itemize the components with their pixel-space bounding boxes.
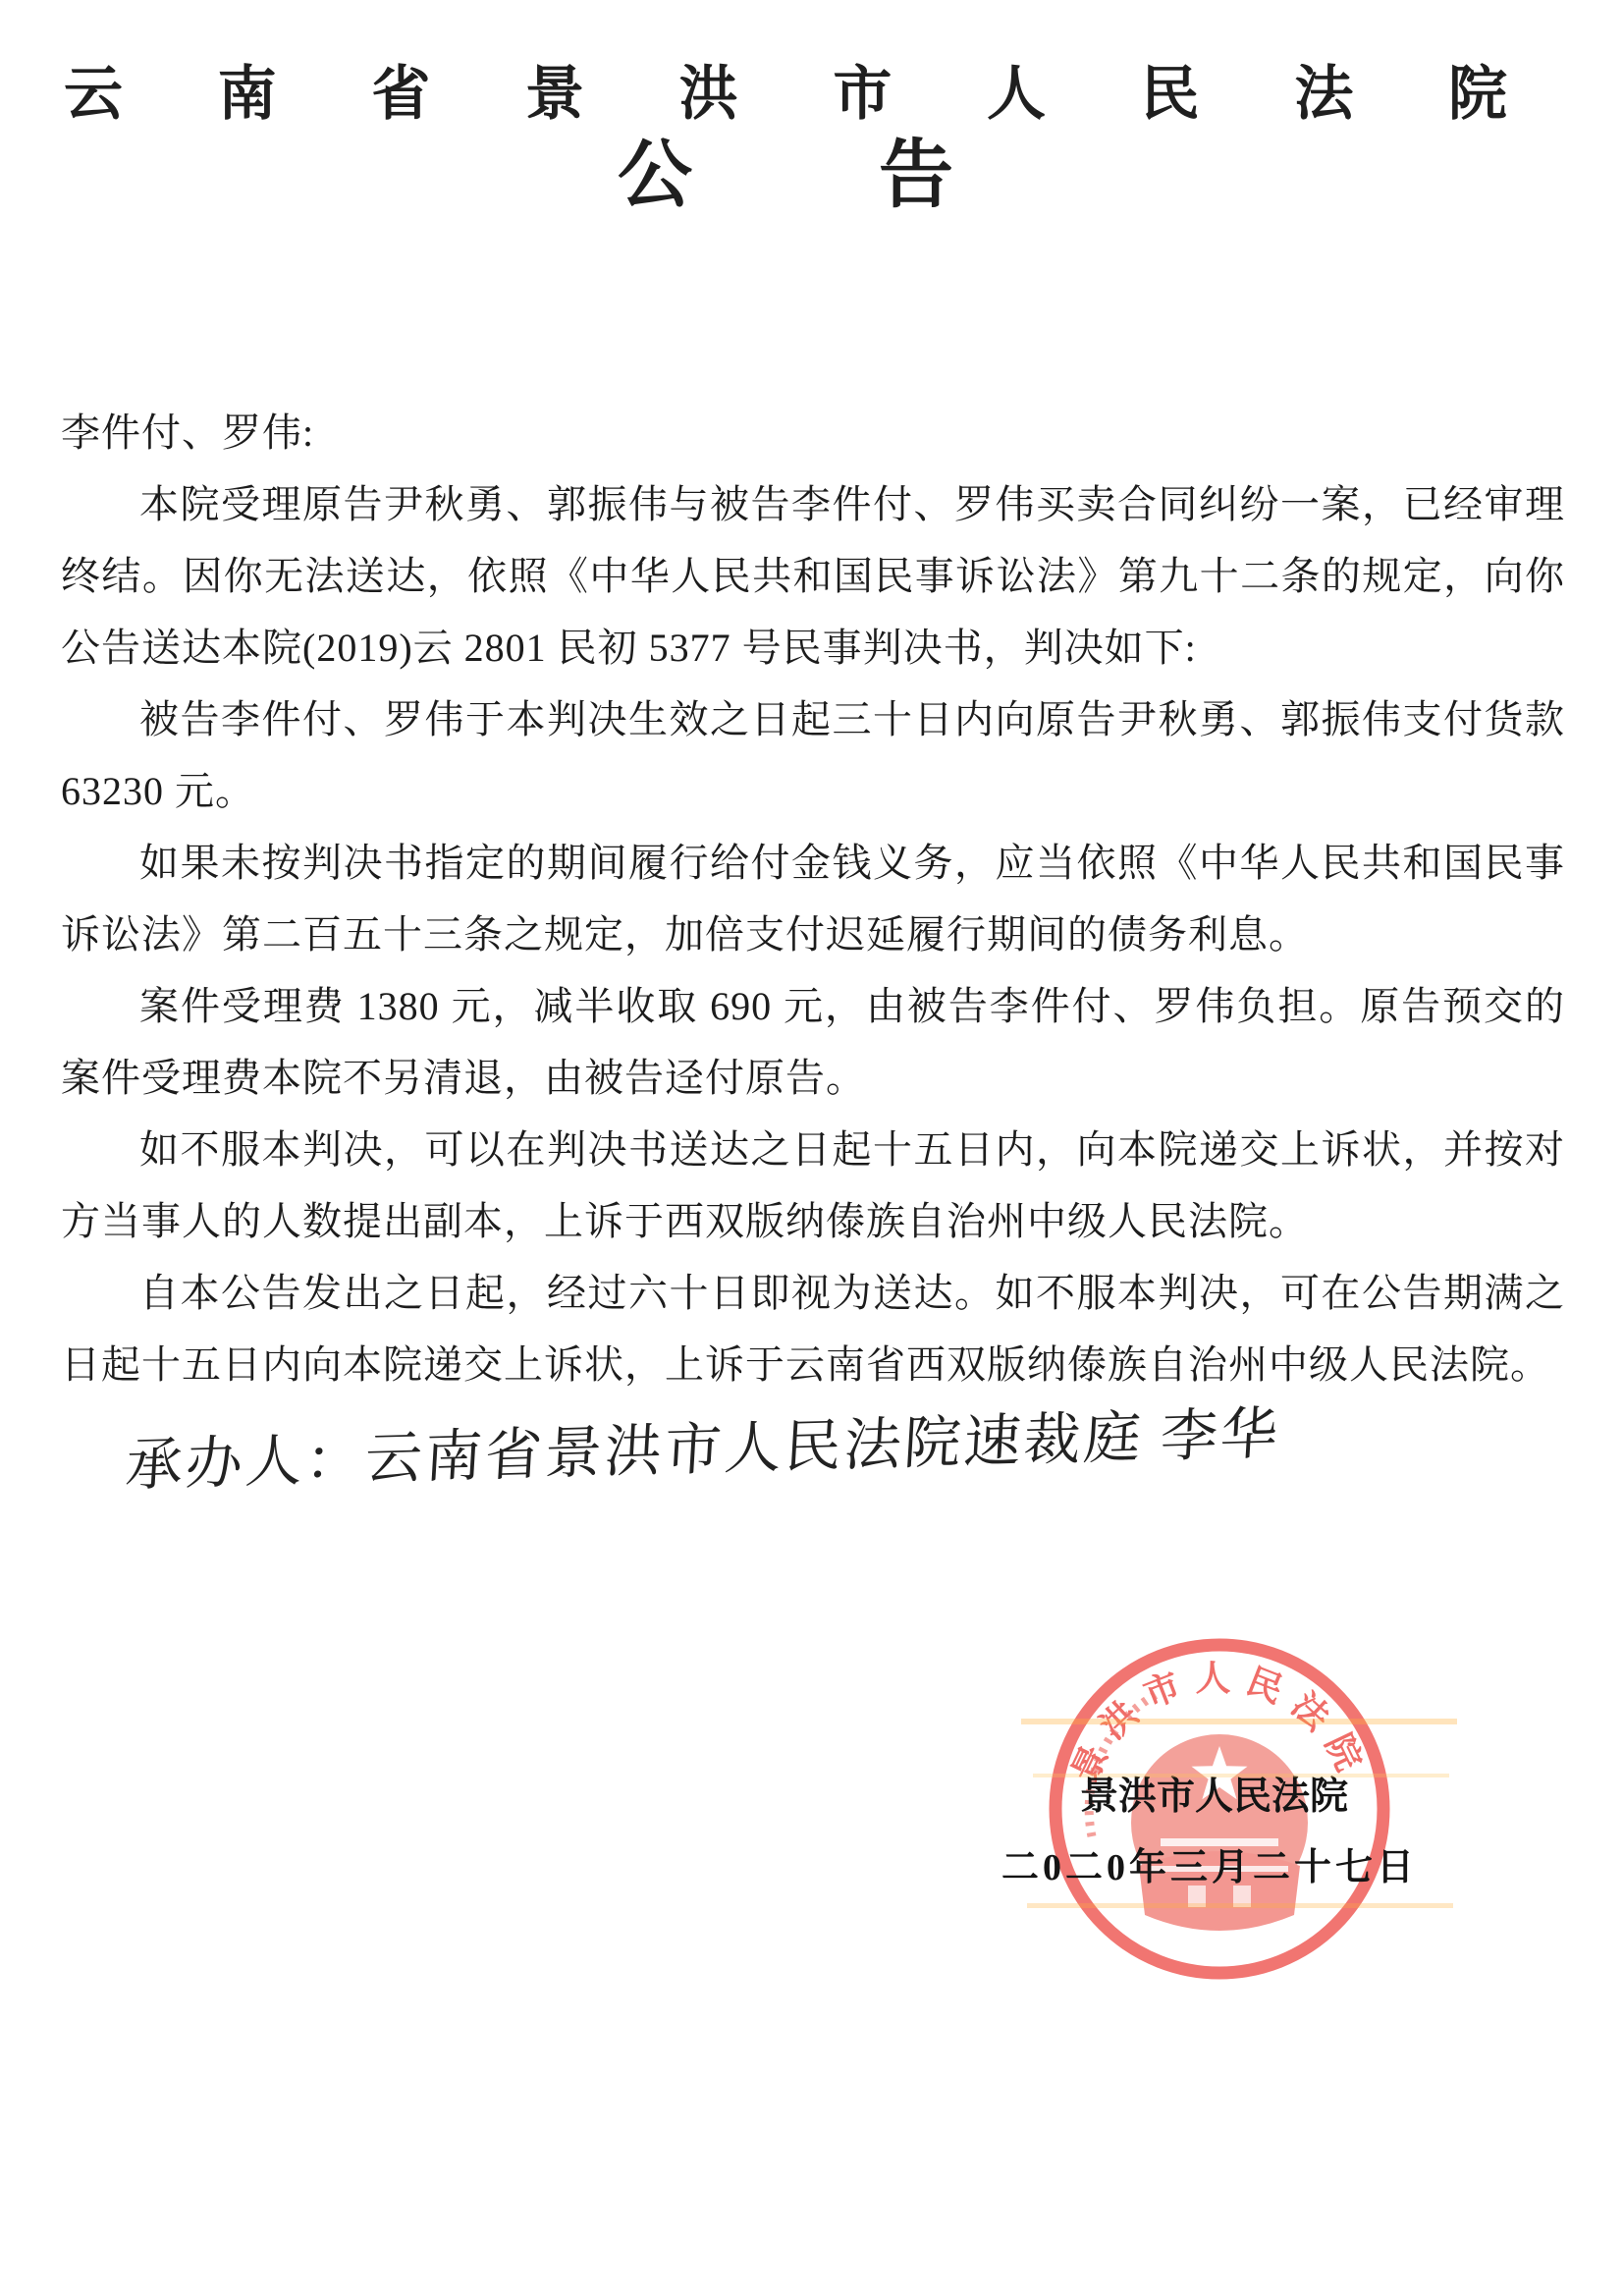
signature-date: 二0二0年三月二十七日 (1001, 1836, 1418, 1890)
national-emblem (1131, 1734, 1308, 1931)
body-paragraph-2: 被告李件付、罗伟于本判决生效之日起三十日内向原告尹秋勇、郭振伟支付货款 6323… (61, 683, 1565, 827)
notice-body: 李件付、罗伟: 本院受理原告尹秋勇、郭振伟与被告李件付、罗伟买卖合同纠纷一案，已… (61, 397, 1565, 1400)
signature-court-name: 景洪市人民法院 (1080, 1766, 1348, 1821)
body-paragraph-3: 如果未按判决书指定的期间履行给付金钱义务，应当依照《中华人民共和国民事诉讼法》第… (61, 827, 1565, 970)
handwritten-signature-line: 承办人：云南省景洪市人民法院速裁庭 李华 (124, 1401, 1208, 1500)
salutation-line: 李件付、罗伟: (61, 397, 1565, 468)
body-paragraph-5: 如不服本判决，可以在判决书送达之日起十五日内，向本院递交上诉状，并按对方当事人的… (61, 1114, 1565, 1257)
body-paragraph-1: 本院受理原告尹秋勇、郭振伟与被告李件付、罗伟买卖合同纠纷一案，已经审理终结。因你… (61, 468, 1565, 683)
body-paragraph-6: 自本公告发出之日起，经过六十日即视为送达。如不服本判决，可在公告期满之日起十五日… (61, 1257, 1565, 1400)
notice-title: 公告 (64, 136, 1507, 218)
court-notice-page: 云南省景洪市人民法院 公告 李件付、罗伟: 本院受理原告尹秋勇、郭振伟与被告李件… (0, 0, 1623, 2296)
court-name-title: 云南省景洪市人民法院 (64, 61, 1507, 129)
body-paragraph-4: 案件受理费 1380 元，减半收取 690 元，由被告李件付、罗伟负担。原告预交… (61, 970, 1565, 1114)
